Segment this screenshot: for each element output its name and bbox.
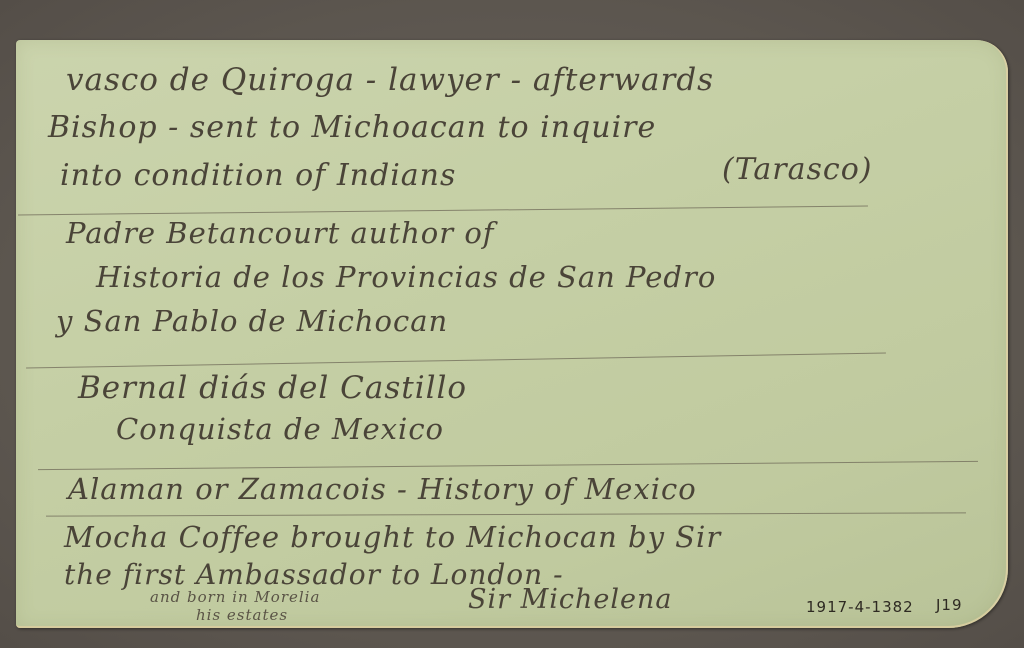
divider-rule-1 (18, 206, 868, 216)
catalog-code: J19 (936, 596, 963, 614)
divider-rule-4 (46, 512, 966, 516)
entry-2-line-2: Historia de los Provincias de San Pedro (96, 260, 716, 294)
entry-4-line-1: Alaman or Zamacois - History of Mexico (68, 472, 697, 506)
accession-number: 1917-4-1382 (806, 598, 914, 616)
entry-1-line-3: into condition of Indians (60, 158, 456, 193)
entry-2-line-1: Padre Betancourt author of (66, 216, 495, 250)
entry-3-line-1: Bernal diás del Castillo (78, 370, 467, 406)
marginal-note-line-1: and born in Morelia (150, 588, 320, 606)
divider-rule-2 (26, 352, 886, 368)
index-card: vasco de Quiroga - lawyer - afterwards B… (16, 40, 1008, 628)
marginal-note-line-2: his estates (196, 606, 288, 624)
entry-3-line-2: Conquista de Mexico (116, 412, 444, 446)
entry-2-line-3: y San Pablo de Michocan (56, 304, 448, 338)
entry-5-line-3: Sir Michelena (468, 584, 673, 615)
entry-1-line-1: vasco de Quiroga - lawyer - afterwards (66, 62, 714, 98)
entry-1-parenthetical: (Tarasco) (722, 152, 872, 187)
entry-5-line-1: Mocha Coffee brought to Michocan by Sir (64, 520, 721, 554)
divider-rule-3 (38, 461, 978, 470)
entry-1-line-2: Bishop - sent to Michoacan to inquire (48, 110, 656, 145)
